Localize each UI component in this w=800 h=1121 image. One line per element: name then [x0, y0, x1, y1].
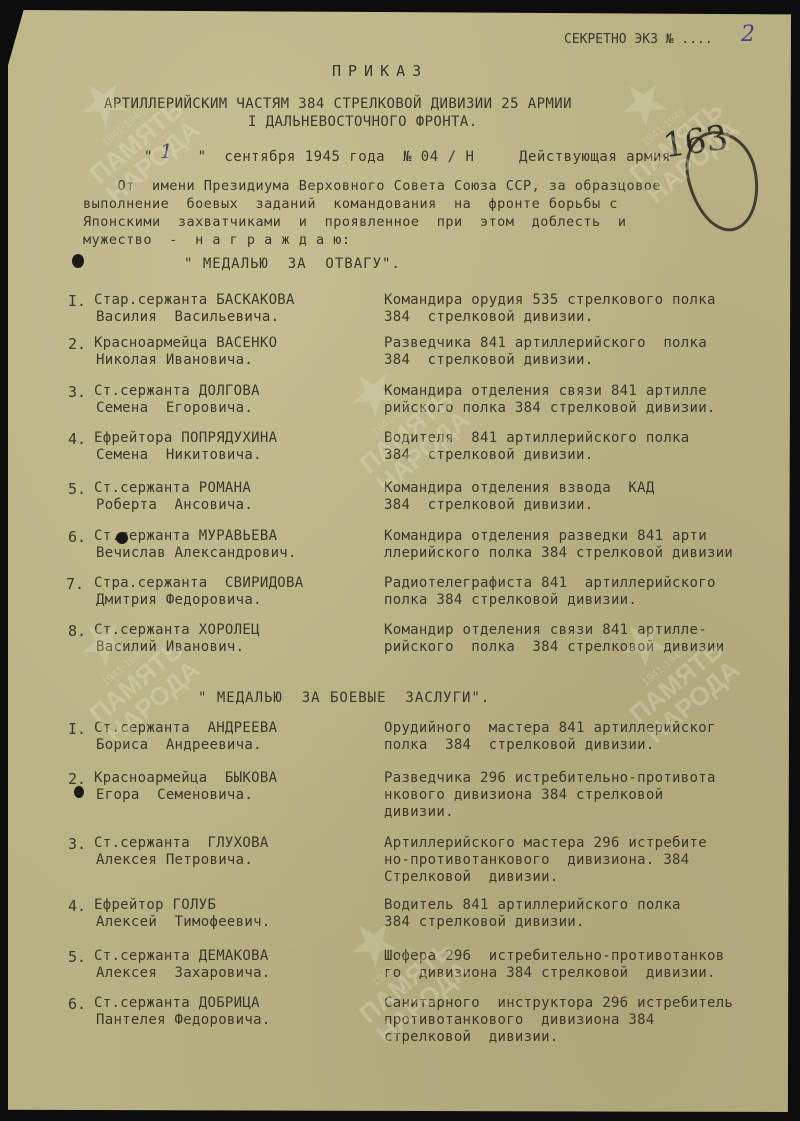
recipient-given-names: Вечислав Александрович. [96, 545, 297, 561]
ink-blot [116, 532, 128, 544]
recipient-rank-surname: Ст.сержанта ДОБРИЦА [94, 995, 260, 1011]
recipient-given-names: Семена Никитовича. [96, 447, 262, 463]
recipient-position-line: Разведчика 841 артиллерийского полка [384, 335, 707, 351]
medal-heading-bravery: " МЕДАЛЬЮ ЗА ОТВАГУ". [184, 256, 401, 272]
recipient-rank-surname: Красноармейца ВАСЕНКО [94, 335, 277, 351]
recipient-position-line: 384 стрелковой дивизии. [384, 497, 594, 513]
recipient-given-names: Роберта Ансовича. [96, 497, 253, 513]
document-subtitle-line1: АРТИЛЛЕРИЙСКИМ ЧАСТЯМ 384 СТРЕЛКОВОЙ ДИВ… [104, 96, 572, 112]
entry-number: 7. [66, 575, 84, 593]
preamble-line: мужество - н а г р а ж д а ю: [83, 232, 350, 248]
recipient-given-names: Егора Семеновича. [96, 787, 253, 803]
recipient-position-line: Водитель 841 артиллерийского полка [384, 897, 681, 913]
ink-blot [74, 786, 84, 798]
entry-number: 3. [68, 383, 86, 401]
handwritten-date-day: 1 [160, 139, 173, 163]
recipient-position-line: Командир отделения связи 841 артилле- [384, 622, 707, 638]
order-date-line: " " сентября 1945 года № 04 / Н Действую… [144, 149, 671, 165]
recipient-rank-surname: Ст.сержанта АНДРЕЕВА [94, 720, 277, 736]
recipient-position-line: нкового дивизиона 384 стрелковой [384, 787, 663, 803]
recipient-given-names: Николая Ивановича. [96, 352, 253, 368]
recipient-position-line: 384 стрелковой дивизии. [384, 447, 594, 463]
recipient-given-names: Алексея Петровича. [96, 852, 253, 868]
recipient-position-line: Водителя 841 артиллерийского полка [384, 430, 690, 446]
preamble-line: Японскими захватчиками и проявленное при… [83, 214, 627, 230]
recipient-position-line: Орудийного мастера 841 артиллерийског [384, 720, 716, 736]
secrecy-label: СЕКРЕТНО ЭКЗ № .... [564, 32, 713, 47]
recipient-position-line: 384 стрелковой дивизии. [384, 352, 594, 368]
recipient-position-line: противотанкового дивизиона 384 [384, 1012, 655, 1028]
recipient-position-line: 384 стрелковой дивизии. [384, 914, 585, 930]
entry-number: 2. [68, 335, 86, 353]
recipient-rank-surname: Красноармейца БЫКОВА [94, 770, 277, 786]
entry-number: I. [68, 720, 86, 738]
recipient-position-line: Командира отделения связи 841 артилле [384, 383, 707, 399]
recipient-position-line: Командира отделения разведки 841 арти [384, 528, 707, 544]
recipient-given-names: Дмитрия Федоровича. [96, 592, 262, 608]
recipient-rank-surname: Ст.сержанта ДЕМАКОВА [94, 948, 269, 964]
recipient-rank-surname: Ефрейтор ГОЛУБ [94, 897, 216, 913]
recipient-position-line: полка 384 стрелковой дивизии. [384, 592, 637, 608]
recipient-position-line: Разведчика 296 истребительно-противота [384, 770, 716, 786]
entry-number: 6. [68, 528, 86, 546]
entry-number: I. [68, 292, 86, 310]
recipient-rank-surname: Ст.сержанта РОМАНА [94, 480, 251, 496]
recipient-position-line: 384 стрелковой дивизии. [384, 309, 594, 325]
recipient-given-names: Алексей Тимофеевич. [96, 914, 271, 930]
recipient-given-names: Василия Васильевича. [96, 309, 279, 325]
recipient-rank-surname: Стар.сержанта БАСКАКОВА [94, 292, 295, 308]
recipient-position-line: Артиллерийского мастера 296 истребите [384, 835, 707, 851]
recipient-given-names: Семена Егоровича. [96, 400, 253, 416]
recipient-position-line: Шофера 296 истребительно-противотанков [384, 948, 724, 964]
entry-number: 4. [68, 430, 86, 448]
recipient-position-line: Санитарного инструктора 296 истребитель [384, 995, 733, 1011]
recipient-rank-surname: Ст.сержанта ГЛУХОВА [94, 835, 269, 851]
recipient-position-line: Стрелковой дивизии. [384, 869, 559, 885]
recipient-rank-surname: Стра.сержанта СВИРИДОВА [94, 575, 304, 591]
medal-heading-combat-merit: " МЕДАЛЬЮ ЗА БОЕВЫЕ ЗАСЛУГИ". [198, 690, 490, 706]
recipient-rank-surname: Ст.сержанта ДОЛГОВА [94, 383, 260, 399]
entry-number: 6. [68, 995, 86, 1013]
recipient-position-line: Радиотелеграфиста 841 артиллерийского [384, 575, 716, 591]
handwritten-copy-number: 2 [741, 22, 755, 47]
recipient-position-line: стрелковой дивизии. [384, 1029, 559, 1045]
document-title: ПРИКАЗ [332, 62, 428, 80]
recipient-position-line: ллерийского полка 384 стрелковой дивизии [384, 545, 733, 561]
document-subtitle-line2: I ДАЛЬНЕВОСТОЧНОГО ФРОНТА. [248, 114, 478, 130]
recipient-position-line: го дивизиона 384 стрелковой дивизии. [384, 965, 716, 981]
recipient-position-line: Командира отделения взвода КАД [384, 480, 655, 496]
ink-blot [72, 254, 84, 268]
preamble-line: От имени Президиума Верховного Совета Со… [83, 178, 661, 194]
entry-number: 5. [68, 948, 86, 966]
recipient-position-line: дивизии. [384, 804, 454, 820]
recipient-rank-surname: Ст.сержанта ХОРОЛЕЦ [94, 622, 260, 638]
recipient-position-line: Командира орудия 535 стрелкового полка [384, 292, 716, 308]
entry-number: 8. [68, 622, 86, 640]
recipient-given-names: Алексея Захаровича. [96, 965, 271, 981]
recipient-position-line: рийского полка 384 стрелковой дивизии. [384, 400, 716, 416]
preamble-line: выполнение боевых заданий командования н… [83, 196, 618, 212]
recipient-position-line: полка 384 стрелковой дивизии. [384, 737, 655, 753]
recipient-position-line: но-противотанкового дивизиона. 384 [384, 852, 690, 868]
entry-number: 4. [68, 897, 86, 915]
recipient-position-line: рийского полка 384 стрелковой дивизии [384, 639, 724, 655]
recipient-rank-surname: Ефрейтора ПОПРЯДУХИНА [94, 430, 277, 446]
recipient-given-names: Пантелея Федоровича. [96, 1012, 271, 1028]
entry-number: 5. [68, 480, 86, 498]
recipient-given-names: Василий Иванович. [96, 639, 244, 655]
entry-number: 3. [68, 835, 86, 853]
recipient-given-names: Бориса Андреевича. [96, 737, 262, 753]
archival-document-page: СЕКРЕТНО ЭКЗ № .... 2 ПРИКАЗ АРТИЛЛЕРИЙС… [8, 10, 791, 1112]
